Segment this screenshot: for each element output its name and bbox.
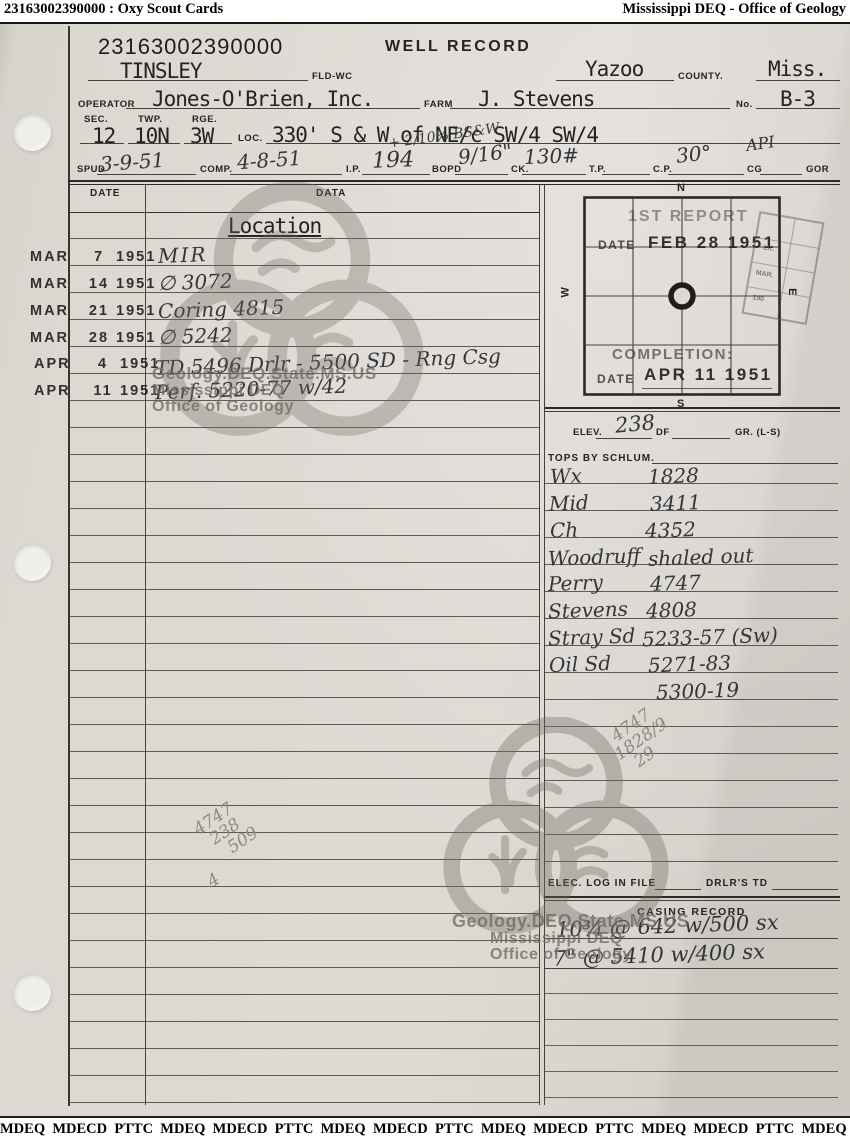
top-depth: 1828 (648, 463, 700, 489)
ip-underline (362, 174, 430, 175)
viewer-title-right: Mississippi DEQ - Office of Geology (622, 1, 846, 18)
first-report-stamp: 1ST REPORT (628, 208, 748, 226)
first-report-date-label: DATE (598, 238, 636, 252)
api-number: 23163002390000 (98, 34, 283, 60)
completion-date-underline (642, 388, 772, 389)
top-depth: shaled out (648, 543, 754, 571)
county-label: COUNTY. (678, 71, 723, 82)
comp-underline (230, 174, 342, 175)
watermark-url-text: Geology.DEQ.State.MS.US (152, 364, 377, 384)
punch-hole (13, 113, 51, 151)
top-name: Mid (549, 490, 590, 515)
elev-value: 238 (614, 410, 656, 437)
top-name: Ch (550, 518, 579, 543)
spud-underline (97, 174, 196, 175)
log-date-stamp: MAR 21 1951 (30, 303, 156, 319)
county-value: Yazoo (585, 57, 643, 81)
stamp-day: 11 (86, 383, 120, 399)
ip-label: I.P. (346, 164, 361, 175)
farm-label: FARM (424, 99, 453, 110)
corner-stamp-text: MAR. (755, 269, 774, 279)
top-name: Woodruff (548, 543, 641, 570)
choke-value: 9/16" (457, 139, 514, 169)
gor-label: GOR (806, 164, 829, 175)
mdeq-logo-watermark (428, 717, 684, 941)
top-depth: 5300-19 (656, 678, 740, 705)
well-record-title: WELL RECORD (385, 38, 531, 56)
watermark-office-text: Office of Geology (152, 398, 294, 416)
footer-agency-strip: MDEQ MDECD PTTC MDEQ MDECD PTTC MDEQ MDE… (0, 1121, 850, 1138)
pressure-value: 130# (524, 143, 580, 169)
stamp-month: APR (34, 356, 86, 372)
top-name: Wx (550, 463, 583, 488)
sec-value: 12 (92, 124, 115, 148)
top-name: Stray Sd (548, 623, 636, 650)
top-depth: 3411 (650, 490, 702, 516)
completion-stamp: COMPLETION: (612, 346, 734, 363)
scanned-well-record-card: 23163002390000 WELL RECORD TINSLEY FLD-W… (0, 22, 850, 1118)
stamp-day: 21 (82, 303, 116, 319)
plat-double-rule-1 (545, 407, 840, 409)
choke-underline (455, 174, 508, 175)
gravity-value: 30° (675, 140, 713, 168)
cg-underline (760, 174, 802, 175)
drlrs-td-label: DRLR'S TD (706, 878, 768, 889)
stamp-month: MAR (30, 330, 82, 346)
plat-double-rule-2 (545, 411, 840, 412)
gr-label: GR. (L-S) (735, 427, 781, 438)
page: 23163002390000 : Oxy Scout Cards Mississ… (0, 0, 850, 1143)
gravity-note: API (745, 132, 776, 155)
log-date-stamp: MAR 28 1951 (30, 330, 156, 346)
top-depth: 4808 (646, 597, 698, 623)
state-value: Miss. (768, 57, 826, 81)
watermark-url-text: Geology.DEQ.State.MS.US (452, 911, 689, 932)
viewer-top-bar: 23163002390000 : Oxy Scout Cards Mississ… (0, 0, 850, 22)
stamp-day: 28 (82, 330, 116, 346)
twp-underline (128, 143, 180, 144)
operator-underline (126, 108, 420, 109)
top-depth: 4747 (650, 570, 702, 596)
rge-value: 3W (190, 124, 213, 148)
top-name: Stevens (548, 597, 629, 624)
completion-date-label: DATE (597, 372, 635, 386)
stamp-month: APR (34, 383, 86, 399)
drlrs-td-underline (772, 889, 838, 890)
stamp-month: MAR (30, 276, 82, 292)
comp-label: COMP. (200, 164, 232, 175)
well-no-underline (756, 108, 840, 109)
rge-underline (184, 143, 232, 144)
field-label: FLD-WC (312, 71, 352, 82)
pressure-underline (522, 174, 586, 175)
stamp-day: 7 (82, 249, 116, 265)
df-underline (672, 438, 730, 439)
sec-underline (80, 143, 124, 144)
top-name: Perry (548, 570, 604, 596)
county-underline (556, 80, 674, 81)
corner-stamp-text: LK. (763, 244, 775, 253)
cp-underline (668, 174, 744, 175)
viewer-title-left: 23163002390000 : Oxy Scout Cards (4, 1, 223, 18)
stamp-month: MAR (30, 303, 82, 319)
twp-value: 10N (134, 124, 169, 148)
well-location-symbol (671, 285, 693, 307)
field-underline (88, 80, 308, 81)
stamp-month: MAR (30, 249, 82, 265)
log-date-stamp: MAR 14 1951 (30, 276, 156, 292)
casing-ruled-lines (545, 968, 838, 1104)
top-name: Oil Sd (549, 651, 612, 677)
top-depth: 5233-57 (Sw) (642, 623, 779, 652)
df-label: DF (656, 427, 670, 438)
top-depth: 4352 (645, 517, 697, 543)
punch-hole (13, 543, 51, 581)
completion-date: APR 11 1951 (644, 365, 773, 385)
tp-underline (602, 174, 650, 175)
log-date-stamp: MAR 7 1951 (30, 249, 156, 265)
elev-label: ELEV. (573, 427, 602, 438)
elev-underline (596, 438, 652, 439)
state-underline (756, 80, 840, 81)
spud-value: 3-9-51 (99, 148, 165, 176)
compass-west: W (559, 287, 571, 298)
top-depth: 5271-83 (648, 651, 732, 678)
stamp-day: 14 (82, 276, 116, 292)
farm-underline (450, 108, 730, 109)
punch-hole (13, 973, 51, 1011)
comp-value: 4-8-51 (236, 146, 302, 174)
compass-north: N (677, 182, 685, 194)
well-no-label: No. (736, 99, 753, 110)
watermark-office-text: Office of Geology (490, 946, 632, 964)
viewer-bottom-bar: MDEQ MDECD PTTC MDEQ MDECD PTTC MDEQ MDE… (0, 1118, 850, 1143)
loc-label: LOC. (238, 133, 263, 144)
stamp-day: 4 (86, 356, 120, 372)
date-column-header: DATE (90, 188, 120, 199)
corner-stamp-text: 190 (752, 294, 765, 303)
